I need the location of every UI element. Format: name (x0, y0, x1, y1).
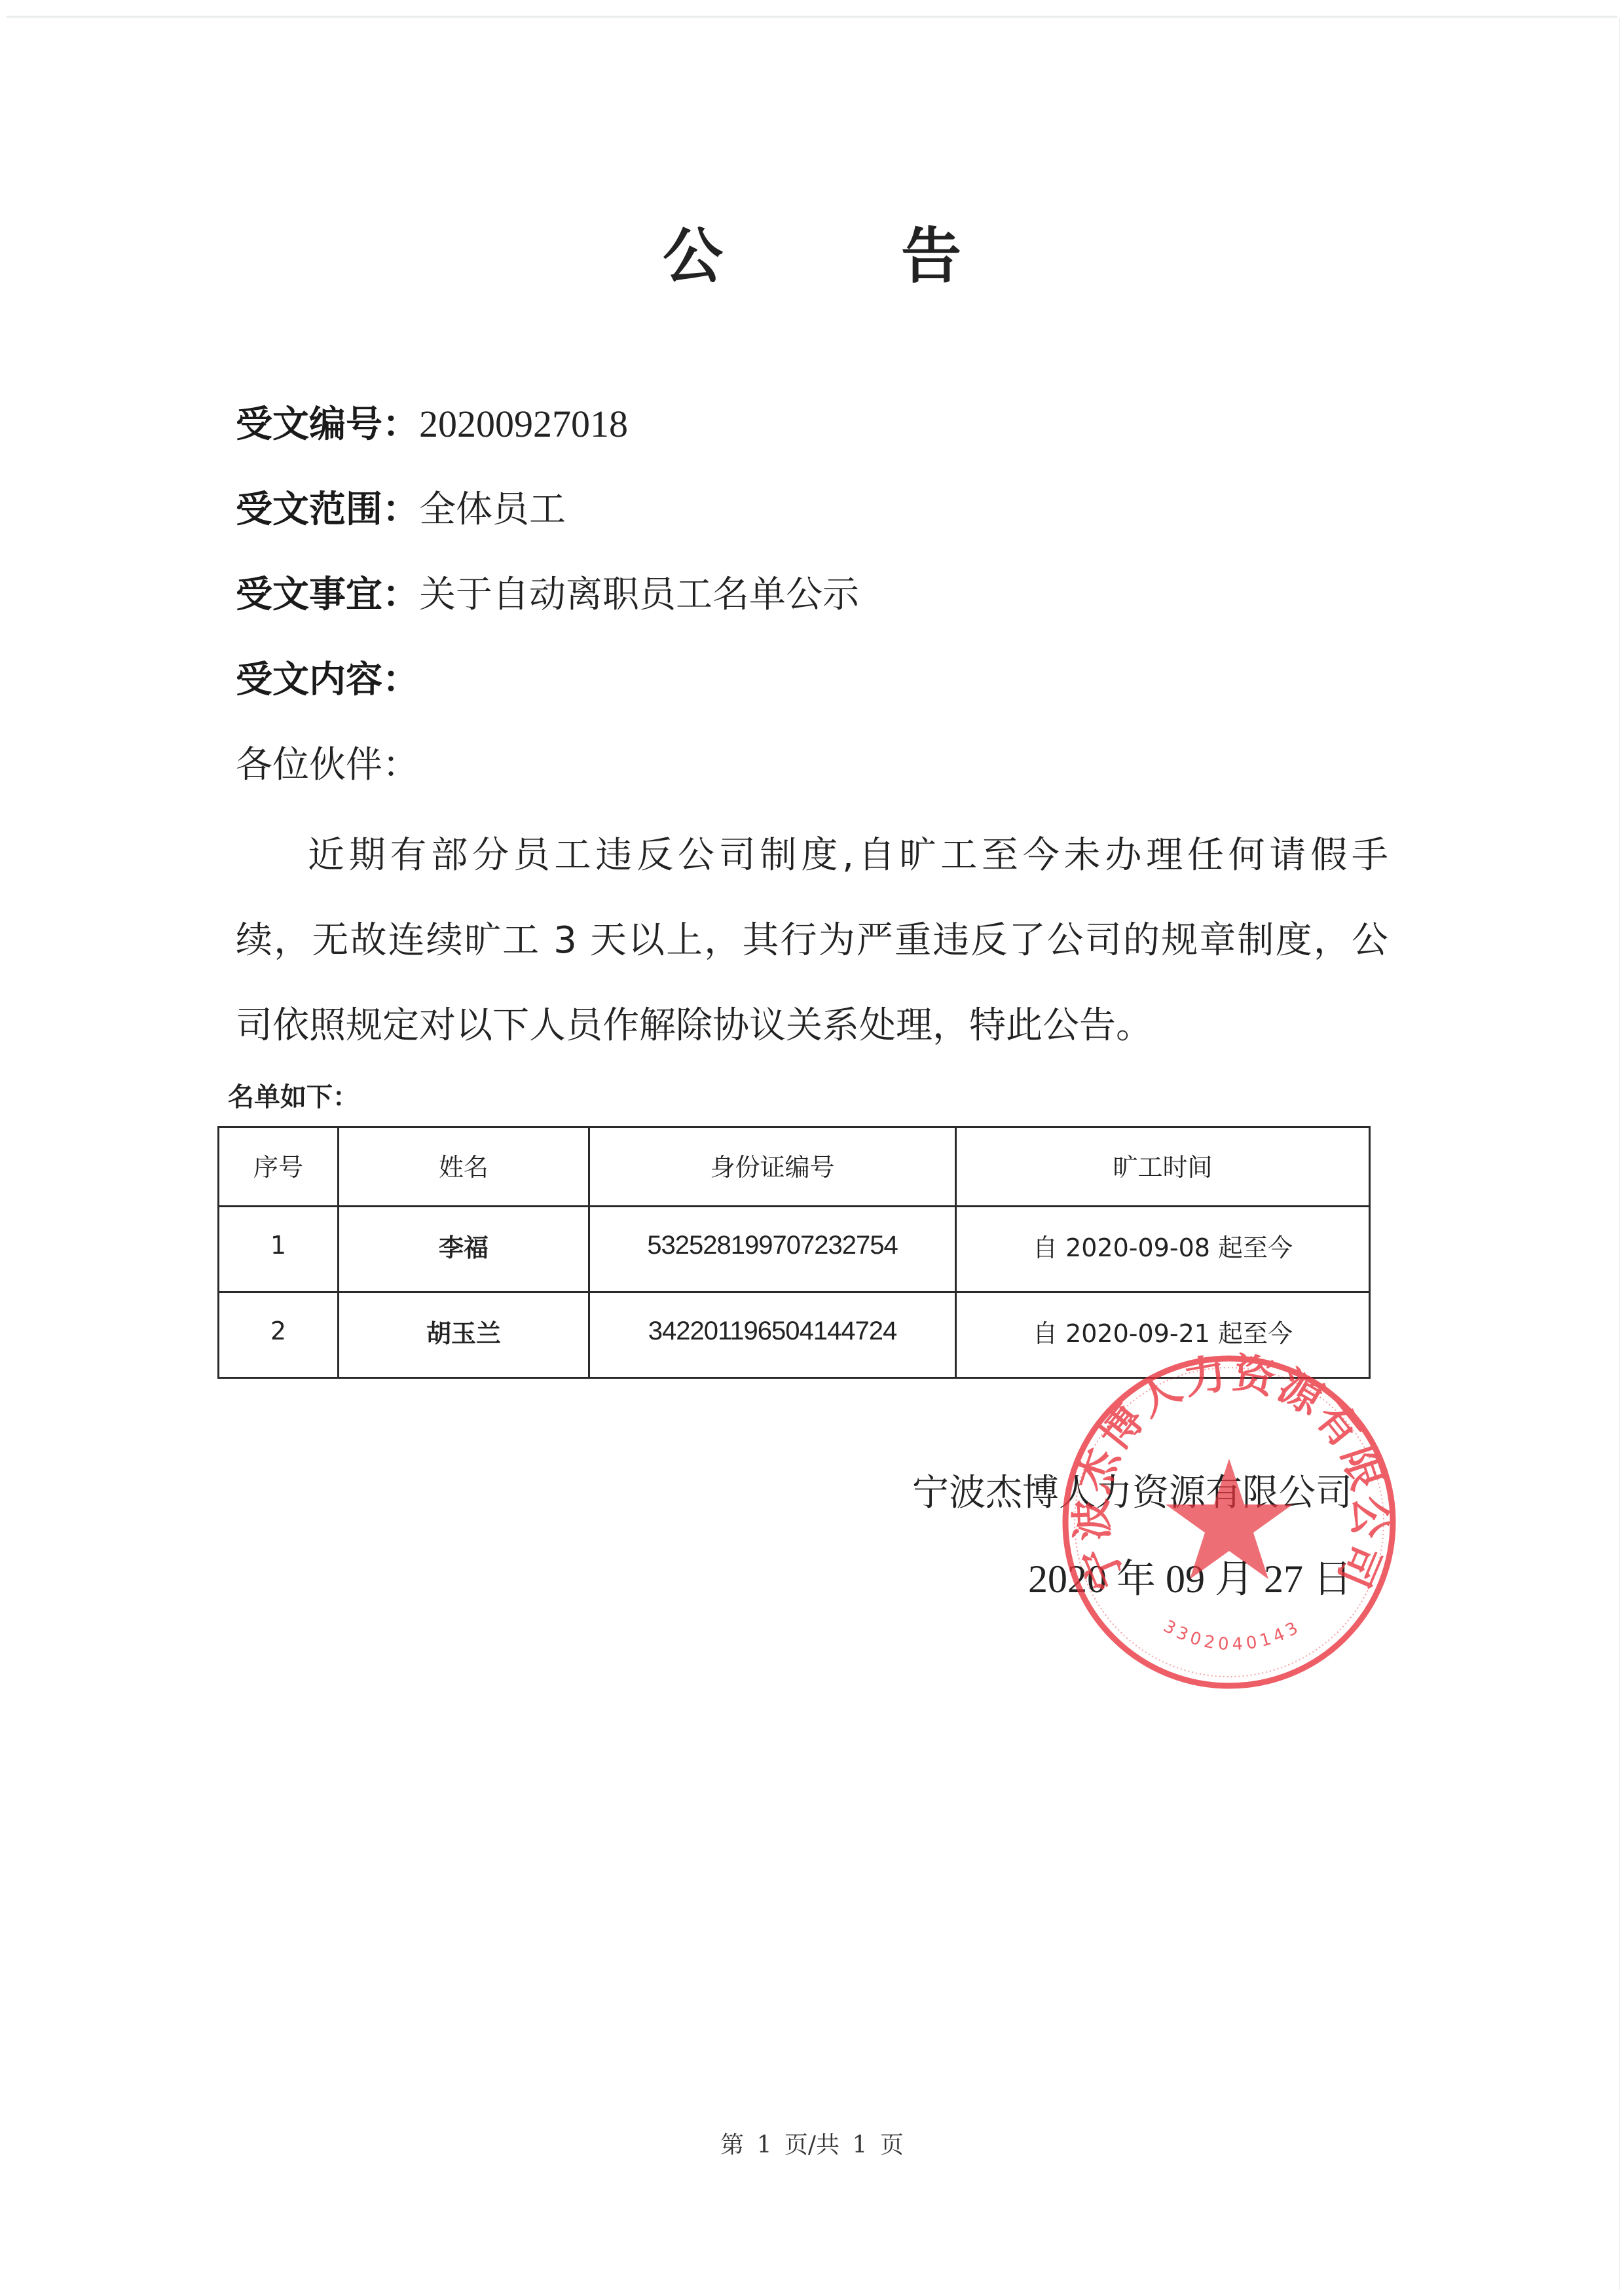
cell-id-number: 342201196504144724 (589, 1292, 956, 1378)
seal-outer-ring (1065, 1358, 1393, 1686)
signature-company: 宁波杰博人力资源有限公司 (912, 1464, 1352, 1516)
company-seal-stamp: 宁波杰博人力资源有限公司 3302040143 (1056, 1349, 1403, 1696)
table-row: 1 李福 532528199707232754 自 2020-09-08 起至今 (219, 1207, 1370, 1292)
header-index: 序号 (219, 1127, 339, 1207)
meta-doc-number-value: 20200927018 (419, 403, 628, 445)
page-footer: 第 1 页/共 1 页 (0, 2126, 1624, 2160)
list-intro: 名单如下： (228, 1076, 359, 1114)
body-line-3: 司依照规定对以下人员作解除协议关系处理，特此公告。 (236, 996, 1388, 1049)
cell-absent-since: 自 2020-09-08 起至今 (956, 1207, 1370, 1292)
employee-table: 序号 姓名 身份证编号 旷工时间 1 李福 532528199707232754… (217, 1126, 1371, 1379)
meta-subject: 受文事宜：关于自动离职员工名单公示 (236, 566, 859, 618)
header-id-number: 身份证编号 (589, 1127, 956, 1207)
svg-text:3302040143: 3302040143 (1160, 1616, 1304, 1654)
cell-index: 2 (219, 1292, 339, 1378)
body-line-2: 续，无故连续旷工 3 天以上，其行为严重违反了公司的规章制度，公 (236, 911, 1388, 964)
scan-edge-right (1619, 18, 1620, 2290)
header-absent-time: 旷工时间 (956, 1127, 1370, 1207)
seal-code: 3302040143 (1160, 1616, 1304, 1654)
meta-content-label: 受文内容： (236, 659, 419, 701)
header-name: 姓名 (339, 1127, 589, 1207)
meta-scope: 受文范围：全体员工 (236, 481, 566, 533)
table-row: 2 胡玉兰 342201196504144724 自 2020-09-21 起至… (219, 1292, 1370, 1378)
cell-index: 1 (219, 1207, 339, 1292)
cell-id-number: 532528199707232754 (589, 1207, 956, 1292)
cell-absent-since: 自 2020-09-21 起至今 (956, 1292, 1370, 1378)
scan-edge-top (7, 16, 1617, 18)
meta-subject-value: 关于自动离职员工名单公示 (419, 574, 859, 616)
body-line-1: 近期有部分员工违反公司制度,自旷工至今未办理任何请假手 (308, 826, 1388, 879)
meta-scope-label: 受文范围： (236, 488, 419, 531)
cell-name: 李福 (339, 1207, 589, 1292)
meta-scope-value: 全体员工 (419, 488, 566, 531)
cell-name: 胡玉兰 (339, 1292, 589, 1378)
document-title: 公 告 (0, 208, 1624, 295)
meta-content: 受文内容： (236, 651, 419, 703)
greeting: 各位伙伴： (236, 736, 419, 788)
table-header-row: 序号 姓名 身份证编号 旷工时间 (219, 1127, 1370, 1207)
meta-doc-number: 受文编号：20200927018 (236, 395, 628, 448)
meta-subject-label: 受文事宜： (236, 574, 419, 616)
meta-doc-number-label: 受文编号： (236, 403, 419, 446)
signature-date: 2020 年 09 月 27 日 (1028, 1548, 1352, 1604)
